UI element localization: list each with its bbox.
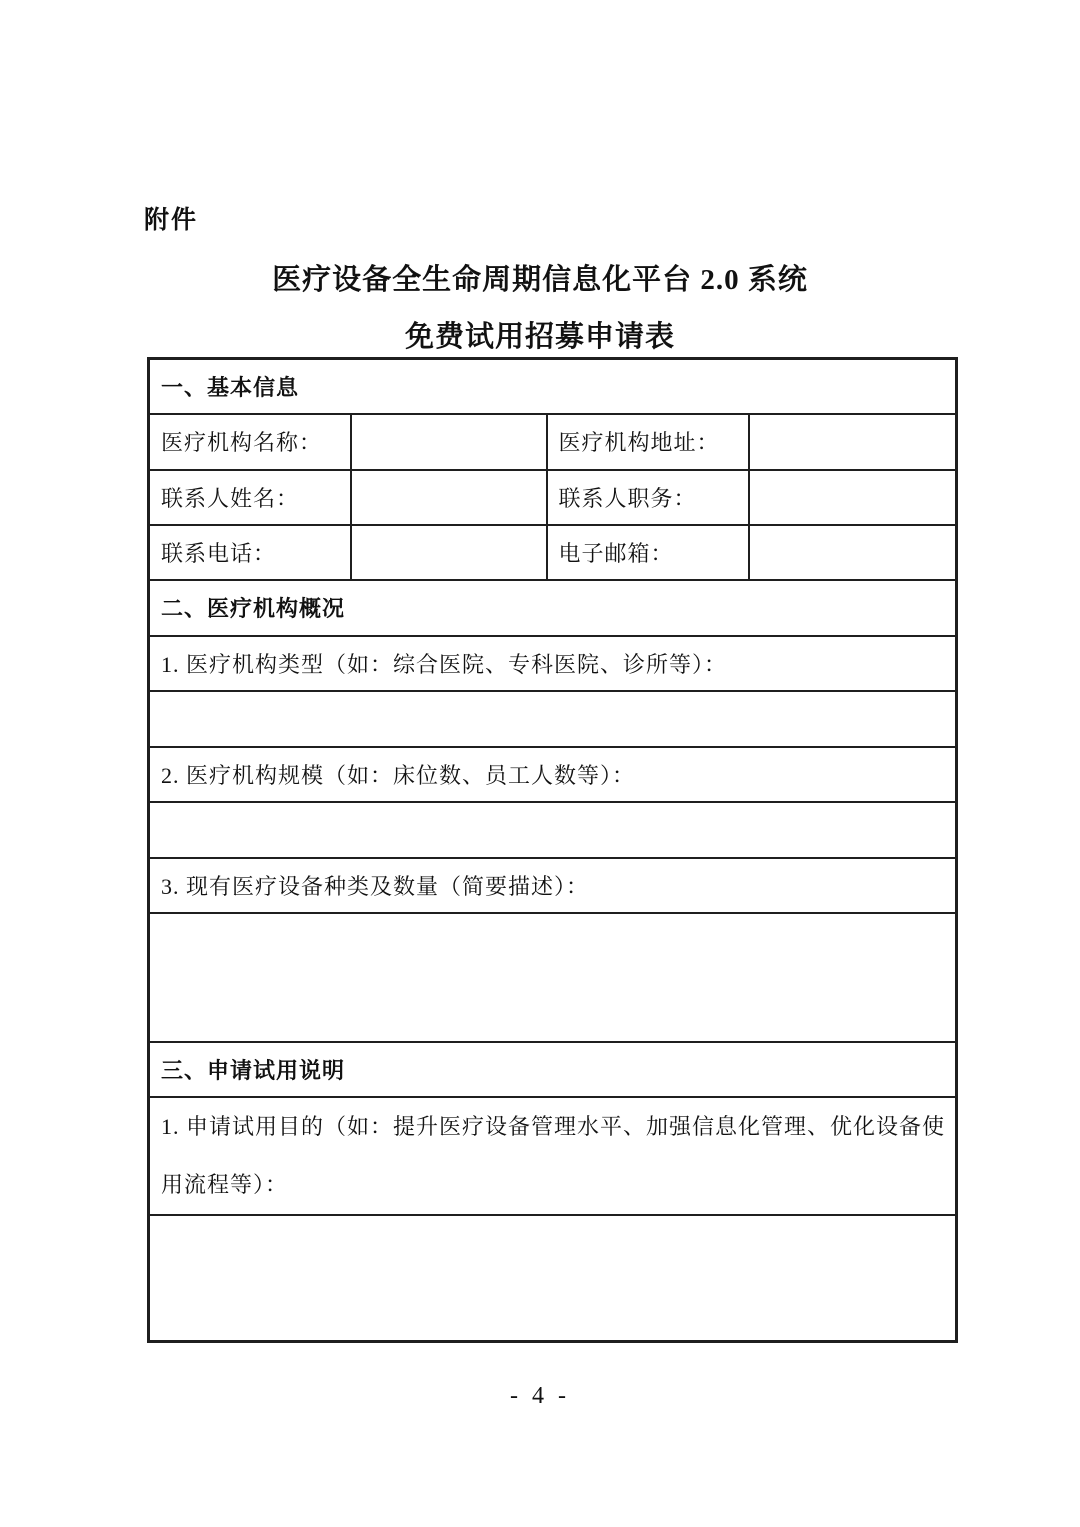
answer-row — [149, 802, 957, 858]
field-value-contact-title — [749, 470, 957, 525]
section2-header: 二、医疗机构概况 — [149, 580, 957, 636]
field-label-contact-title: 联系人职务： — [547, 470, 749, 525]
document-title-line1: 医疗设备全生命周期信息化平台 2.0 系统 — [0, 257, 1080, 298]
answer-row — [149, 913, 957, 1042]
attachment-label: 附件 — [144, 200, 198, 236]
answer-row — [149, 691, 957, 747]
section3-header-row: 三、申请试用说明 — [149, 1042, 957, 1097]
section1-header-row: 一、基本信息 — [149, 359, 957, 414]
section1-header: 一、基本信息 — [149, 359, 957, 414]
answer-area-institution-type — [149, 691, 957, 747]
table-row: 联系人姓名： 联系人职务： — [149, 470, 957, 525]
field-value-institution-address — [749, 414, 957, 470]
question-prompt-trial-purpose: 1. 申请试用目的（如：提升医疗设备管理水平、加强信息化管理、优化设备使用流程等… — [149, 1097, 957, 1215]
section2-header-row: 二、医疗机构概况 — [149, 580, 957, 636]
question-row: 3. 现有医疗设备种类及数量（简要描述）： — [149, 858, 957, 913]
field-value-contact-name — [351, 470, 547, 525]
question-prompt-institution-scale: 2. 医疗机构规模（如：床位数、员工人数等）： — [149, 747, 957, 802]
answer-area-institution-scale — [149, 802, 957, 858]
field-label-institution-address: 医疗机构地址： — [547, 414, 749, 470]
question-prompt-institution-type: 1. 医疗机构类型（如：综合医院、专科医院、诊所等）： — [149, 636, 957, 691]
question-row: 1. 申请试用目的（如：提升医疗设备管理水平、加强信息化管理、优化设备使用流程等… — [149, 1097, 957, 1215]
field-label-institution-name: 医疗机构名称： — [149, 414, 351, 470]
application-form-table: 一、基本信息 医疗机构名称： 医疗机构地址： 联系人姓名： 联系人职务： 联系电… — [147, 357, 958, 1343]
field-value-contact-phone — [351, 525, 547, 580]
field-label-contact-phone: 联系电话： — [149, 525, 351, 580]
document-page: { "page": { "attachment_label": "附件", "t… — [0, 0, 1080, 1527]
question-row: 2. 医疗机构规模（如：床位数、员工人数等）： — [149, 747, 957, 802]
table-row: 医疗机构名称： 医疗机构地址： — [149, 414, 957, 470]
field-value-email — [749, 525, 957, 580]
section3-header: 三、申请试用说明 — [149, 1042, 957, 1097]
field-value-institution-name — [351, 414, 547, 470]
question-prompt-equipment-types: 3. 现有医疗设备种类及数量（简要描述）： — [149, 858, 957, 913]
page-number: - 4 - — [0, 1383, 1080, 1410]
field-label-email: 电子邮箱： — [547, 525, 749, 580]
field-label-contact-name: 联系人姓名： — [149, 470, 351, 525]
question-row: 1. 医疗机构类型（如：综合医院、专科医院、诊所等）： — [149, 636, 957, 691]
answer-area-trial-purpose — [149, 1215, 957, 1342]
answer-area-equipment-types — [149, 913, 957, 1042]
table-row: 联系电话： 电子邮箱： — [149, 525, 957, 580]
document-title-line2: 免费试用招募申请表 — [0, 314, 1080, 355]
answer-row — [149, 1215, 957, 1342]
